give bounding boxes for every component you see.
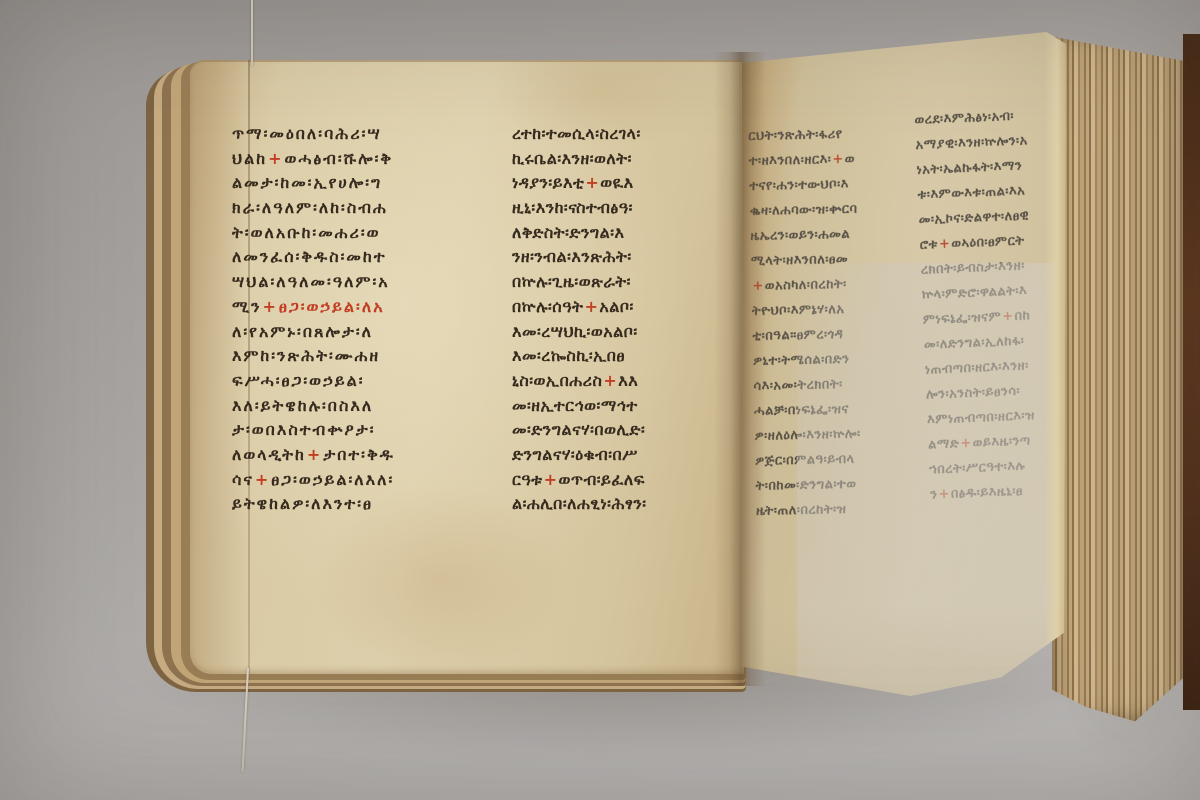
- rubric-cross-mark: +: [938, 237, 952, 253]
- fore-edge-leaf-stack: [1052, 26, 1186, 732]
- rubric-cross-mark: +: [543, 470, 559, 489]
- rubric-cross-mark: +: [267, 149, 284, 168]
- ink-text: ለወላዲትከ: [232, 445, 306, 464]
- ink-text: ፍሥሓ፡ፀጋ፡ወኃይል፡: [232, 371, 365, 390]
- ink-text: እእ: [618, 371, 638, 390]
- manuscript-line: ጥማ፡መዕበለ፡ባሕሪ፡ሣ: [232, 122, 508, 147]
- ink-text: አማያዊ፡እንዘ፡ኵሎን፡አ: [915, 133, 1028, 153]
- manuscript-line: መ፡ድንግልናሃ፡በወሊድ፡: [512, 418, 724, 443]
- rubric-cross-mark: +: [602, 371, 618, 390]
- manuscript-line: ኒስ፡ወኢበሐሪስ+እእ: [512, 369, 724, 394]
- rubric-cross-mark: +: [254, 470, 271, 489]
- ink-text: ነዳያን፡ይእቲ: [512, 173, 584, 192]
- rubric-cross-mark: +: [584, 173, 600, 192]
- manuscript-line: ተ፡ዘእንበለ፡ዘርእ፡+ወ: [749, 146, 911, 174]
- manuscript-line: ክራ፡ለዓለም፡ለከ፡ስብሐ: [232, 196, 508, 221]
- ink-text: ወሓፅብ፡ሹሎ፡ቅ: [285, 149, 394, 168]
- ink-text: ይትዌከልዎ፡ለእንተ፡ፀ: [232, 494, 373, 513]
- ink-text: ወረደ፡እምሕፅነ፡አብ፡: [914, 109, 1014, 128]
- manuscript-line: ነዳያን፡ይእቲ+ወዪእ: [512, 171, 724, 196]
- ink-text: መ፡ዘኢተርኅወ፡ማኅተ: [512, 396, 638, 415]
- manuscript-line: ሚን+ፀጋ፡ወኃይል፡ለአ: [232, 295, 508, 320]
- ink-text: ኒስ፡ወኢበሐሪስ: [512, 371, 602, 390]
- ink-text: እለ፡ይትዌከሉ፡በስእለ: [232, 396, 373, 415]
- manuscript-line: ዚኒ፡እንከ፡ናስተብፅዓ፡: [512, 196, 724, 221]
- rubric-cross-mark: +: [261, 297, 278, 316]
- manuscript-line: ድንግልናሃ፡ዕቁብ፡በሥ: [512, 443, 724, 468]
- rubric-cross-mark: +: [583, 297, 599, 316]
- manuscript-line: ተናየ፡ሐን፡ተውህቦ፡እ: [749, 171, 911, 199]
- manuscript-line: ቈዛ፡ለሐባው፡ዝ፡ቍርባ: [750, 196, 912, 224]
- ink-text: ወዪእ: [600, 173, 633, 192]
- rubric-cross-mark: +: [831, 152, 845, 167]
- ink-text: ለቅድስት፡ድንግል፡እ: [512, 223, 625, 242]
- manuscript-line: ሳና+ፀጋ፡ወኃይል፡ለእለ፡: [232, 468, 508, 493]
- ink-text: ታ፡ወበእስተብቍዖታ፡: [232, 420, 376, 439]
- page-curl-highlight: [1044, 28, 1066, 696]
- manuscript-line: ለቅድስት፡ድንግል፡እ: [512, 221, 724, 246]
- ink-text: እመ፡ረኰስኪ፡ኢበፀ: [512, 346, 625, 365]
- manuscript-line: እምከ፡ንጽሕት፡ሙሐዘ: [232, 344, 508, 369]
- manuscript-line: መ፡ዘኢተርኅወ፡ማኅተ: [512, 394, 724, 419]
- manuscript-line: እመ፡ረሣህኪ፡ወአልቦ፡: [512, 320, 724, 345]
- ink-text: ል፡ሐሊበ፡ለሐፂነ፡ሕፃን፡: [512, 494, 647, 513]
- ink-text: ወጥብ፡ይፈለፍ: [559, 470, 645, 489]
- ink-text: ርዓቱ: [512, 470, 543, 489]
- bookmark-string-top: [251, 0, 253, 66]
- ink-text: ታበተ፡ቅዱ: [323, 445, 395, 464]
- manuscript-line: ህልከ+ወሓፅብ፡ሹሎ፡ቅ: [232, 147, 508, 172]
- ink-text: ፀጋ፡ወኃይል፡ለእለ፡: [271, 470, 394, 489]
- rubric-text: ፀጋ፡ወኃይል፡ለአ: [279, 297, 385, 316]
- ink-text: ክራ፡ለዓለም፡ለከ፡ስብሐ: [232, 198, 388, 217]
- manuscript-line: ሣህል፡ለዓለመ፡ዓለም፡አ: [232, 270, 508, 295]
- ink-text: ት፡ወለአቡከ፡መሐሪ፡ወ: [232, 223, 381, 242]
- right-page: ርህት፡ንጽሕት፡ፋሪየተ፡ዘእንበለ፡ዘርእ፡+ወተናየ፡ሐን፡ተውህቦ፡እቈ…: [742, 28, 1066, 696]
- ink-text: ሮቱ: [919, 237, 938, 253]
- ink-text: እምከ፡ንጽሕት፡ሙሐዘ: [232, 346, 380, 365]
- ink-text: ንዘ፡ንብል፡እንጽሕት፡: [512, 247, 632, 266]
- ink-text: ጥማ፡መዕበለ፡ባሕሪ፡ሣ: [232, 124, 382, 143]
- manuscript-line: ይትዌከልዎ፡ለእንተ፡ፀ: [232, 492, 508, 517]
- manuscript-line: ታ፡ወበእስተብቍዖታ፡: [232, 418, 508, 443]
- manuscript-line: ልመታ፡ከመ፡ኢየሀሎ፡ግ: [232, 171, 508, 196]
- ink-text: ኪሩቤል፡እንዘ፡ወለት፡: [512, 149, 632, 168]
- ink-text: ለመንፈሰ፡ቅዱስ፡መከተ: [232, 247, 387, 266]
- ink-text: ወ: [845, 152, 855, 167]
- ink-text: ልመታ፡ከመ፡ኢየሀሎ፡ግ: [232, 173, 382, 192]
- left-page: ጥማ፡መዕበለ፡ባሕሪ፡ሣህልከ+ወሓፅብ፡ሹሎ፡ቅልመታ፡ከመ፡ኢየሀሎ፡ግክ…: [190, 60, 744, 674]
- text-column-left-1: ጥማ፡መዕበለ፡ባሕሪ፡ሣህልከ+ወሓፅብ፡ሹሎ፡ቅልመታ፡ከመ፡ኢየሀሎ፡ግክ…: [232, 122, 508, 517]
- ink-text: ወኣዕበ፡ፀምርት: [951, 233, 1025, 251]
- leather-cover: [1183, 34, 1200, 710]
- ink-text: እመ፡ረሣህኪ፡ወአልቦ፡: [512, 322, 638, 341]
- ink-text: በኵሉ፡ጊዜ፡ወጽራት፡: [512, 272, 631, 291]
- manuscript-line: ለመንፈሰ፡ቅዱስ፡መከተ: [232, 245, 508, 270]
- ink-text: ረተከ፡ተመሲላ፡ስረገላ፡: [512, 124, 641, 143]
- manuscript-line: ርህት፡ንጽሕት፡ፋሪየ: [748, 121, 910, 149]
- manuscript-line: በኵሉ፡ጊዜ፡ወጽራት፡: [512, 270, 724, 295]
- manuscript-line: ለወላዲትከ+ታበተ፡ቅዱ: [232, 443, 508, 468]
- manuscript-line: ለ፡የአምኑ፡በጸሎታ፡ለ: [232, 320, 508, 345]
- ink-text: ነአት፡ኤልኩፋት፡እማን: [916, 159, 1022, 178]
- manuscript-line: ፍሥሓ፡ፀጋ፡ወኃይል፡: [232, 369, 508, 394]
- text-column-left-2: ረተከ፡ተመሲላ፡ስረገላ፡ኪሩቤል፡እንዘ፡ወለት፡ነዳያን፡ይእቲ+ወዪእዚ…: [512, 122, 724, 517]
- gutter-shadow: [714, 52, 766, 686]
- rubric-cross-mark: +: [306, 445, 323, 464]
- ink-text: ድንግልናሃ፡ዕቁብ፡በሥ: [512, 445, 638, 464]
- manuscript-line: በኵሉ፡ሰዓት+አልቦ፡: [512, 295, 724, 320]
- manuscript-line: ት፡ወለአቡከ፡መሐሪ፡ወ: [232, 221, 508, 246]
- manuscript-line: እለ፡ይትዌከሉ፡በስእለ: [232, 394, 508, 419]
- manuscript-line: ንዘ፡ንብል፡እንጽሕት፡: [512, 245, 724, 270]
- ink-text: ለ፡የአምኑ፡በጸሎታ፡ለ: [232, 322, 373, 341]
- manuscript-line: ረተከ፡ተመሲላ፡ስረገላ፡: [512, 122, 724, 147]
- manuscript-line: ኪሩቤል፡እንዘ፡ወለት፡: [512, 147, 724, 172]
- ink-text: ቱ፡እምውእቱ፡ጠል፡እአ: [917, 183, 1025, 202]
- ink-text: ዚኒ፡እንከ፡ናስተብፅዓ፡: [512, 198, 633, 217]
- ink-text: ሣህል፡ለዓለመ፡ዓለም፡አ: [232, 272, 390, 291]
- ink-text: አልቦ፡: [599, 297, 633, 316]
- ink-text: ህልከ: [232, 149, 267, 168]
- manuscript-line: ል፡ሐሊበ፡ለሐፂነ፡ሕፃን፡: [512, 492, 724, 517]
- ink-text: ሳና: [232, 470, 254, 489]
- ink-text: በኵሉ፡ሰዓት: [512, 297, 583, 316]
- ink-text: መ፡ድንግልናሃ፡በወሊድ፡: [512, 420, 645, 439]
- manuscript-line: ርዓቱ+ወጥብ፡ይፈለፍ: [512, 468, 724, 493]
- manuscript-photo: ጥማ፡መዕበለ፡ባሕሪ፡ሣህልከ+ወሓፅብ፡ሹሎ፡ቅልመታ፡ከመ፡ኢየሀሎ፡ግክ…: [0, 0, 1200, 800]
- manuscript-line: ዜኤረን፡ወይን፡ሐመል: [750, 221, 912, 249]
- ink-text: መ፡ኢኮና፡ድልዋተ፡ለፀዊ: [918, 208, 1029, 228]
- manuscript-line: እመ፡ረኰስኪ፡ኢበፀ: [512, 344, 724, 369]
- ink-text: ሚን: [232, 297, 261, 316]
